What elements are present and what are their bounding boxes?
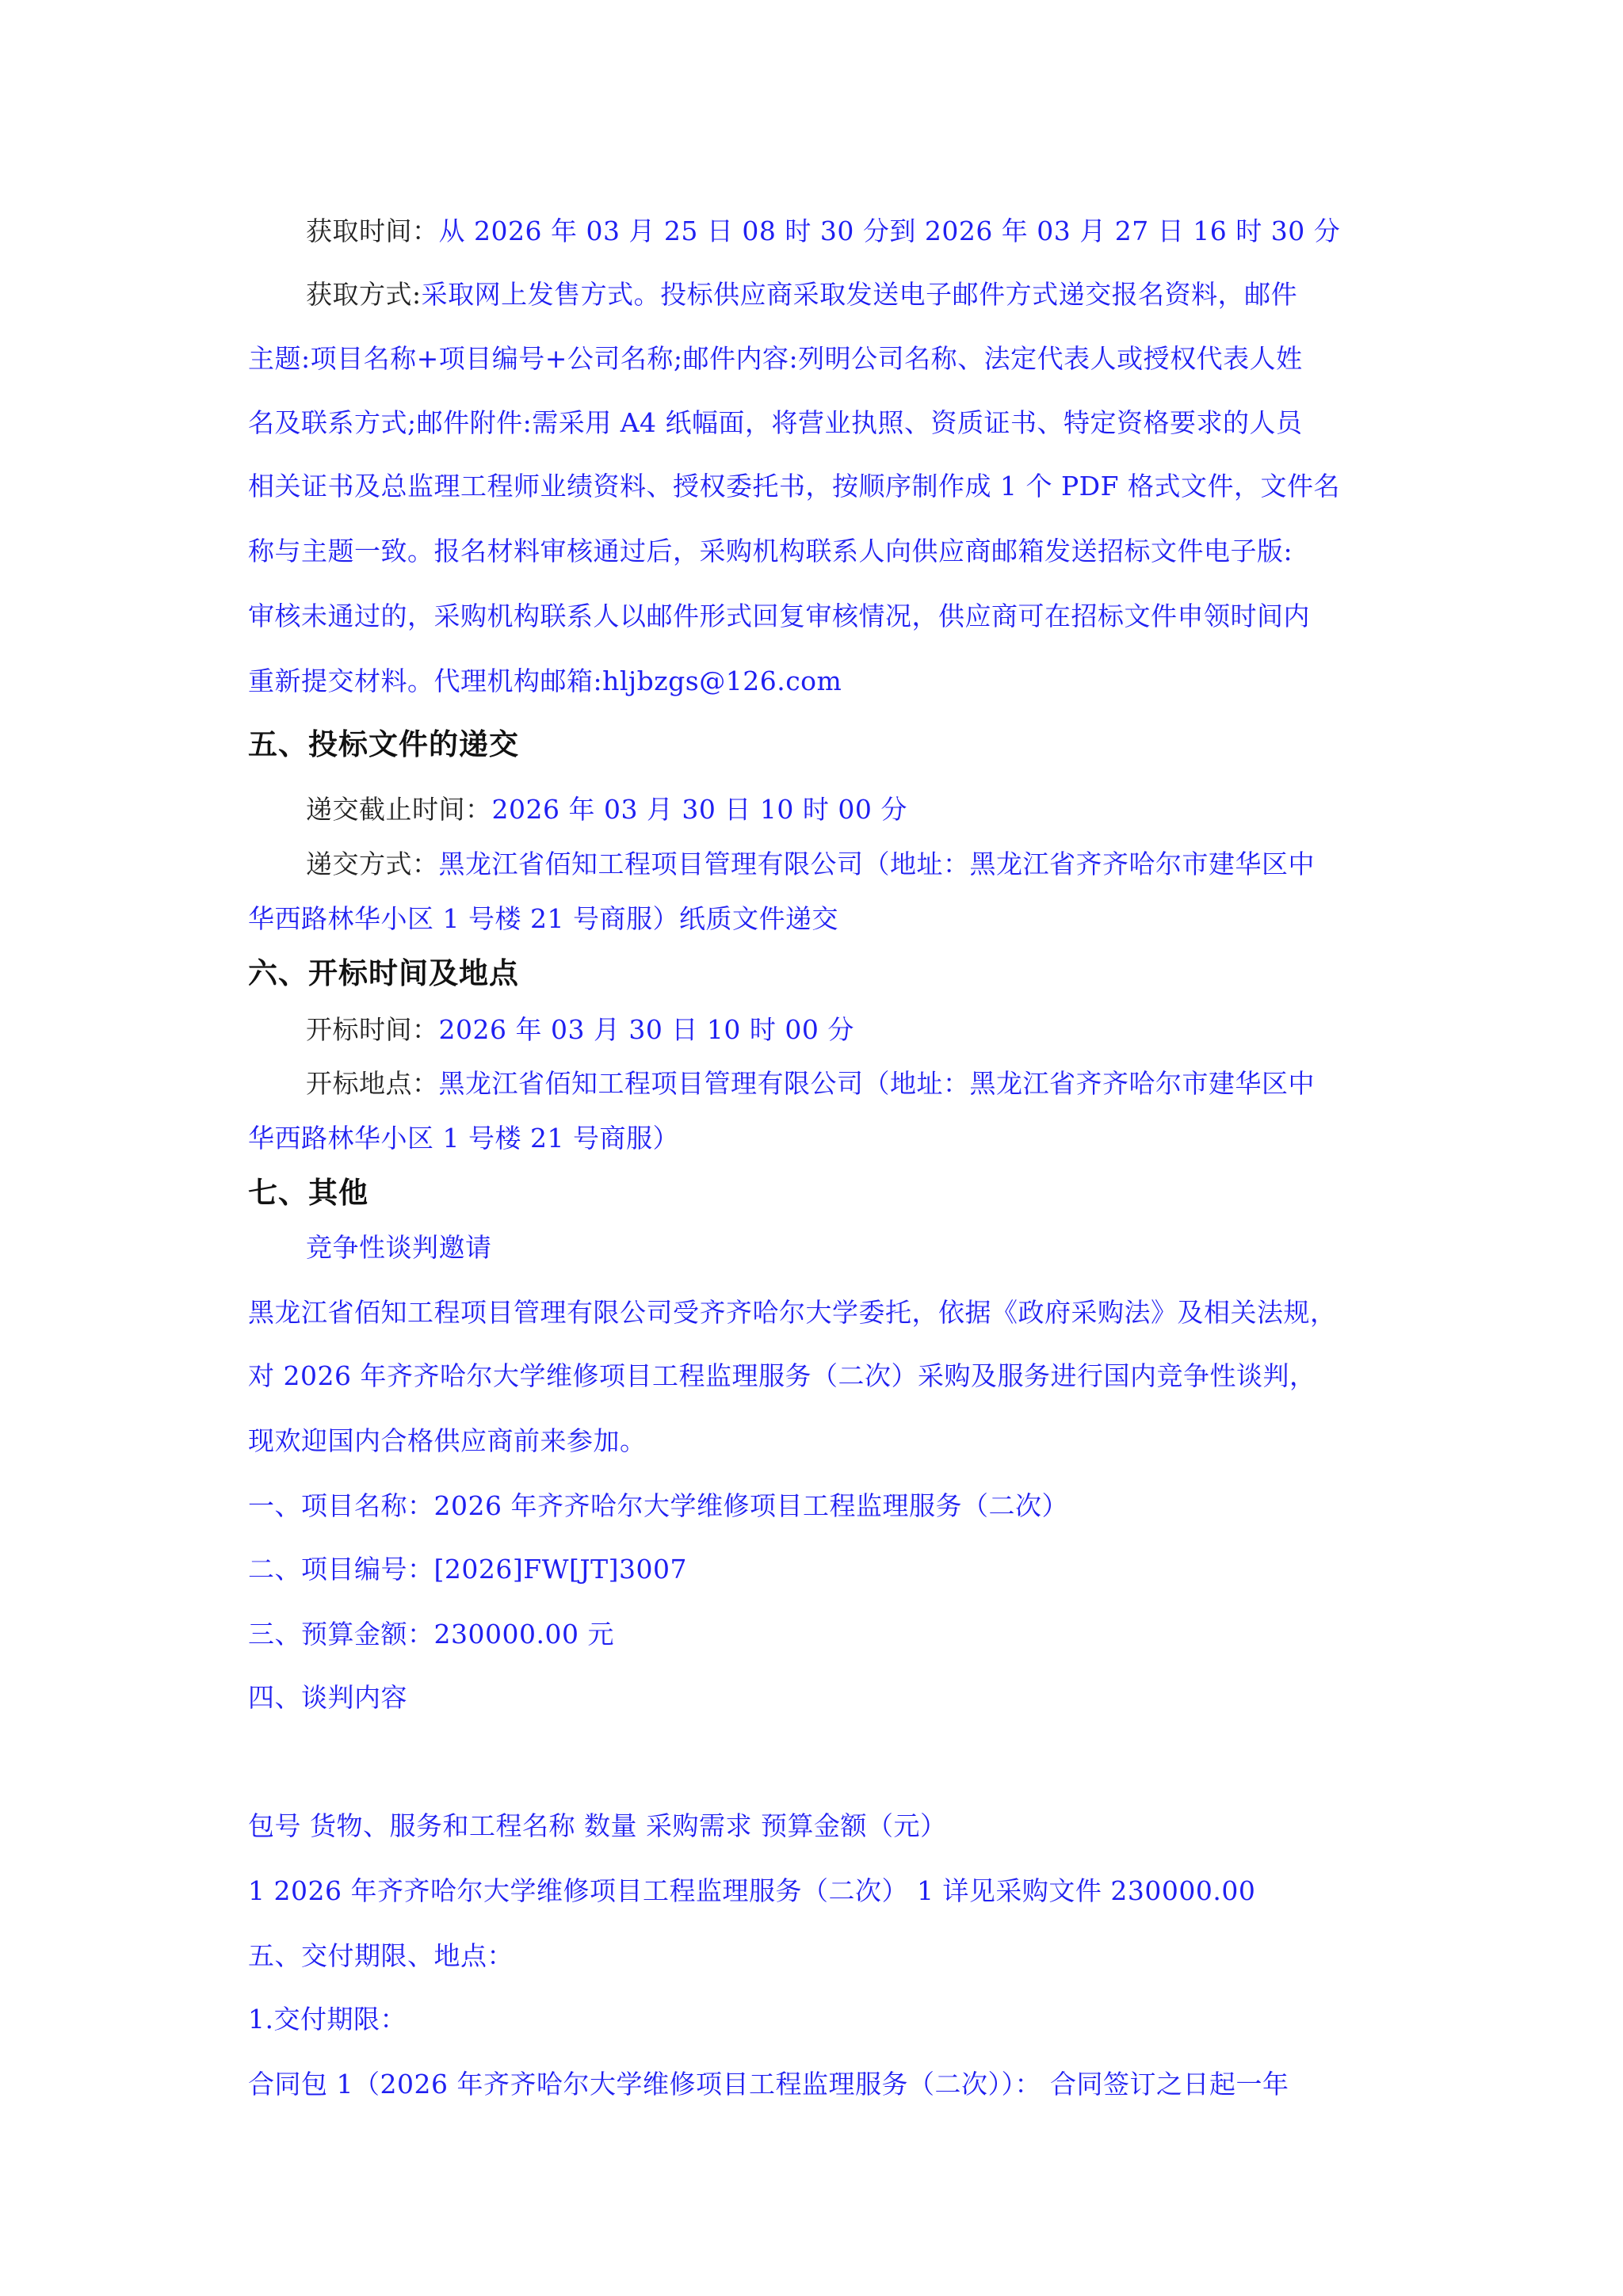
negotiation-content-item: 四、谈判内容: [248, 1680, 1389, 1715]
acquire-method-label: 获取方式:: [306, 279, 422, 310]
paragraph-line: 对 2026 年齐齐哈尔大学维修项目工程监理服务（二次）采购及服务进行国内竞争性…: [248, 1359, 1389, 1394]
paragraph-line: 相关证书及总监理工程师业绩资料、授权委托书，按顺序制作成 1 个 PDF 格式文…: [248, 469, 1389, 504]
acquire-method-text: 采取网上发售方式。投标供应商采取发送电子邮件方式递交报名资料，邮件: [422, 279, 1298, 310]
submission-method-label: 递交方式：: [306, 849, 439, 879]
paragraph-line: 主题:项目名称+项目编号+公司名称;邮件内容:列明公司名称、法定代表人或授权代表…: [248, 341, 1389, 376]
invitation-subtitle: 竞争性谈判邀请: [306, 1230, 1447, 1265]
paragraph-line: 现欢迎国内合格供应商前来参加。: [248, 1424, 1389, 1459]
acquire-time-value: 从 2026 年 03 月 25 日 08 时 30 分到 2026 年 03 …: [439, 215, 1341, 246]
section-heading-opening: 六、开标时间及地点: [248, 954, 519, 994]
paragraph-line: 名及联系方式;邮件附件:需采用 A4 纸幅面，将营业执照、资质证书、特定资格要求…: [248, 406, 1389, 441]
budget-amount-item: 三、预算金额：230000.00 元: [248, 1617, 1389, 1652]
acquire-method-line: 获取方式:采取网上发售方式。投标供应商采取发送电子邮件方式递交报名资料，邮件: [306, 277, 1447, 312]
delivery-heading: 五、交付期限、地点：: [248, 1939, 1389, 1974]
submission-method-value: 黑龙江省佰知工程项目管理有限公司（地址：黑龙江省齐齐哈尔市建华区中: [439, 849, 1316, 879]
paragraph-line: 黑龙江省佰知工程项目管理有限公司受齐齐哈尔大学委托，依据《政府采购法》及相关法规…: [248, 1295, 1389, 1330]
content-table-header: 包号 货物、服务和工程名称 数量 采购需求 预算金额（元）: [248, 1809, 1389, 1844]
agency-email-line: 重新提交材料。代理机构邮箱:hljbzgs@126.com: [248, 664, 1389, 699]
opening-place-value: 黑龙江省佰知工程项目管理有限公司（地址：黑龙江省齐齐哈尔市建华区中: [439, 1068, 1316, 1099]
opening-time-value: 2026 年 03 月 30 日 10 时 00 分: [439, 1014, 854, 1045]
section-heading-submission: 五、投标文件的递交: [248, 725, 519, 765]
acquire-time-line: 获取时间：从 2026 年 03 月 25 日 08 时 30 分到 2026 …: [306, 214, 1447, 249]
submission-method-line: 递交方式：黑龙江省佰知工程项目管理有限公司（地址：黑龙江省齐齐哈尔市建华区中: [306, 847, 1447, 882]
submission-deadline-line: 递交截止时间：2026 年 03 月 30 日 10 时 00 分: [306, 792, 1447, 827]
opening-time-line: 开标时间：2026 年 03 月 30 日 10 时 00 分: [306, 1013, 1447, 1047]
opening-place-label: 开标地点：: [306, 1068, 439, 1099]
project-name-item: 一、项目名称：2026 年齐齐哈尔大学维修项目工程监理服务（二次）: [248, 1489, 1389, 1524]
delivery-period-detail: 合同包 1（2026 年齐齐哈尔大学维修项目工程监理服务（二次））： 合同签订之…: [248, 2067, 1389, 2102]
opening-place-line: 开标地点：黑龙江省佰知工程项目管理有限公司（地址：黑龙江省齐齐哈尔市建华区中: [306, 1066, 1447, 1101]
opening-time-label: 开标时间：: [306, 1014, 439, 1045]
paragraph-line: 称与主题一致。报名材料审核通过后，采购机构联系人向供应商邮箱发送招标文件电子版:: [248, 534, 1389, 569]
delivery-period-subheading: 1.交付期限：: [248, 2002, 1389, 2037]
opening-address-line: 华西路林华小区 1 号楼 21 号商服）: [248, 1121, 1389, 1156]
submission-deadline-value: 2026 年 03 月 30 日 10 时 00 分: [492, 794, 907, 825]
content-table-row: 1 2026 年齐齐哈尔大学维修项目工程监理服务（二次） 1 详见采购文件 23…: [248, 1874, 1389, 1909]
submission-address-line: 华西路林华小区 1 号楼 21 号商服）纸质文件递交: [248, 902, 1389, 936]
paragraph-line: 审核未通过的，采购机构联系人以邮件形式回复审核情况，供应商可在招标文件申领时间内: [248, 599, 1389, 634]
section-heading-other: 七、其他: [248, 1173, 369, 1213]
document-page: 获取时间：从 2026 年 03 月 25 日 08 时 30 分到 2026 …: [0, 0, 1623, 2296]
project-number-item: 二、项目编号：[2026]FW[JT]3007: [248, 1552, 1389, 1587]
submission-deadline-label: 递交截止时间：: [306, 794, 492, 825]
acquire-time-label: 获取时间：: [306, 215, 439, 246]
